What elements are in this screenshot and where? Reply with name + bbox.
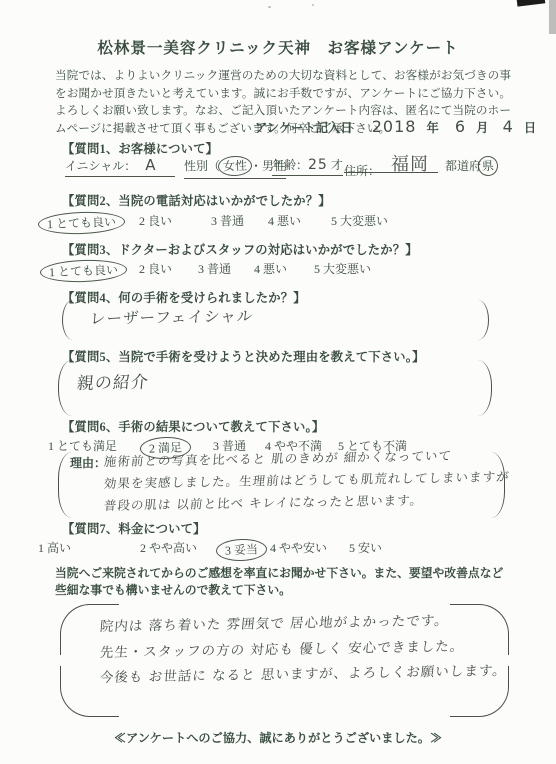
q1-address-field: 住所： 福岡 bbox=[344, 150, 438, 173]
scan-speck bbox=[312, 4, 314, 6]
date-year-suffix: 年 bbox=[427, 121, 439, 135]
q1-prefecture-field: 都道府県 bbox=[445, 156, 495, 176]
q1-gender-female-circled: 女性 bbox=[218, 155, 253, 176]
q4-header: 【質問4、何の手術を受けられましたか？】 bbox=[62, 288, 306, 306]
q2-header: 【質問2、当院の電話対応はいかがでしたか？】 bbox=[62, 191, 331, 209]
q1-age-value: 25 bbox=[308, 157, 328, 173]
q1-age-label: 年齢： bbox=[272, 158, 308, 172]
q3-option: 5 大変悪い bbox=[314, 260, 371, 277]
q3-options: 1 とても良い 2 良い 3 普通 4 悪い 5 大変悪い bbox=[0, 260, 556, 280]
q5-answer: 親の紹介 bbox=[76, 368, 150, 394]
comments-line: 先生・スタッフの方の 対応も 優しく 安心できました。 bbox=[99, 635, 465, 661]
q1-initial-label: イニシャル： bbox=[65, 159, 136, 173]
q5-answer-box-right-bracket bbox=[477, 360, 492, 416]
q2-option: 2 良い bbox=[139, 212, 172, 229]
q7-options: 1 高い 2 やや高い 3 妥当 4 やや安い 5 安い bbox=[0, 539, 556, 559]
q3-option: 2 良い bbox=[139, 260, 172, 277]
q6-header: 【質問6、手術の結果について教えて下さい。】 bbox=[62, 417, 324, 435]
q3-header: 【質問3、ドクターおよびスタッフの対応はいかがでしたか？】 bbox=[62, 240, 418, 258]
q6-reason-line: 効果を実感しました。生理前はどうしても肌荒れしてしまいますが bbox=[103, 467, 510, 492]
q1-prefecture-prefix: 都道府 bbox=[445, 159, 481, 173]
comments-line: 今後も お世話に なると 思いますが、よろしくお願いします。 bbox=[99, 659, 508, 686]
footer-thanks: ≪アンケートへのご協力、誠にありがとうございました。≫ bbox=[0, 729, 556, 746]
q4-answer-box-right-bracket bbox=[474, 300, 489, 340]
q1-initial-field: イニシャル： A bbox=[65, 156, 175, 177]
q7-option: 1 高い bbox=[38, 539, 71, 556]
q1-initial-value: A bbox=[145, 156, 156, 174]
date-label: アンケート記入日 bbox=[255, 121, 353, 135]
q1-gender-label: 性別（ bbox=[184, 159, 220, 173]
q3-option-selected: 1 とても良い bbox=[40, 258, 128, 283]
q1-address-value: 福岡 bbox=[391, 154, 429, 175]
scan-edge-right bbox=[549, 0, 556, 34]
q2-option-selected: 1 とても良い bbox=[38, 210, 126, 235]
q1-age-field: 年齢：25 才 bbox=[272, 156, 343, 176]
q7-header: 【質問7、料金について】 bbox=[62, 519, 206, 537]
date-month-suffix: 月 bbox=[476, 121, 488, 135]
q2-option: 3 普通 bbox=[211, 212, 244, 229]
q6-reason-label: 理由： bbox=[70, 454, 106, 471]
q4-answer-box-left-bracket bbox=[62, 300, 77, 340]
q2-option: 5 大変悪い bbox=[331, 212, 388, 229]
q7-option: 4 やや安い bbox=[270, 539, 327, 556]
q1-gender-field: 性別（女性・男性 bbox=[184, 156, 286, 179]
q1-header: 【質問1、お客様について】 bbox=[62, 139, 218, 157]
q7-option: 5 安い bbox=[349, 539, 382, 556]
form-title: 松林景一美容クリニック天神 お客様アンケート bbox=[0, 36, 556, 58]
q7-option-selected: 3 妥当 bbox=[216, 538, 268, 562]
q3-option: 3 普通 bbox=[198, 260, 231, 277]
date-month-value: 6 bbox=[455, 117, 466, 136]
q4-answer: レーザーフェイシャル bbox=[89, 304, 254, 329]
q3-option: 4 悪い bbox=[254, 260, 287, 277]
date-year-value: 2018 bbox=[372, 117, 417, 136]
comments-line: 院内は 落ち着いた 雰囲気で 居心地がよかったです。 bbox=[99, 609, 450, 635]
q2-option: 4 悪い bbox=[268, 212, 301, 229]
comments-prompt: 当院へご来院されてからのご感想を率直にお聞かせ下さい。また、要望や改善点など些細… bbox=[55, 565, 513, 599]
q5-header: 【質問5、当院で手術を受けようと決めた理由を教えて下さい。】 bbox=[62, 347, 425, 365]
q1-prefecture-circled: 県 bbox=[478, 156, 499, 177]
scan-speck bbox=[268, 6, 271, 8]
q6-reason-line: 普段の肌は 以前と比べ キレイになったと思います。 bbox=[103, 490, 424, 514]
q1-age-suffix: 才 bbox=[331, 158, 343, 172]
scan-mark-top-right bbox=[517, 0, 546, 7]
date-day-suffix: 日 bbox=[524, 121, 536, 135]
q1-address-label: 住所： bbox=[344, 164, 380, 178]
q2-options: 1 とても良い 2 良い 3 普通 4 悪い 5 大変悪い bbox=[0, 212, 556, 232]
survey-sheet: 松林景一美容クリニック天神 お客様アンケート 当院では、よりよいクリニック運営の… bbox=[0, 0, 556, 764]
q5-answer-box-left-bracket bbox=[58, 360, 73, 416]
date-row: アンケート記入日 2018 年 6 月 4 日 bbox=[255, 117, 536, 136]
date-day-value: 4 bbox=[503, 117, 514, 136]
q7-option: 2 やや高い bbox=[140, 539, 197, 556]
